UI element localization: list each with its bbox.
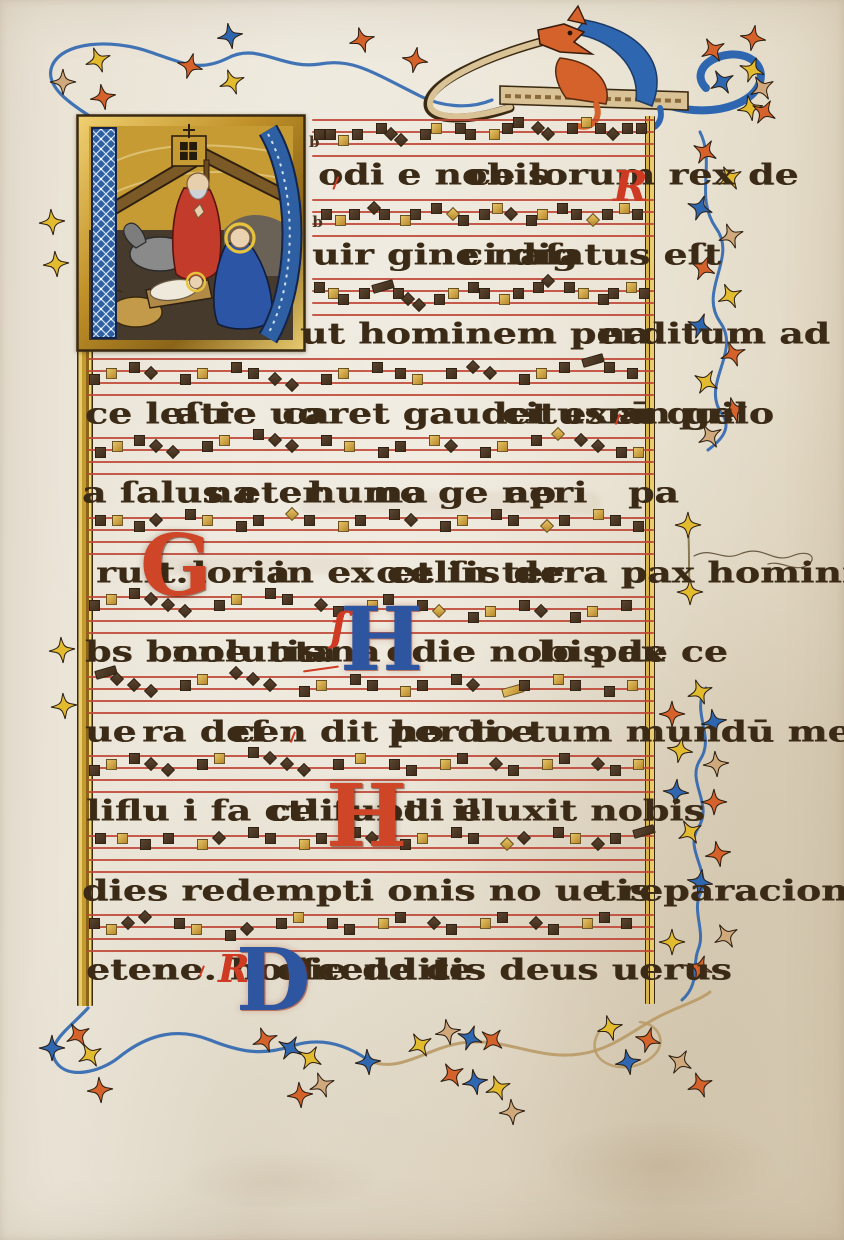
neume [378,447,389,458]
neume [321,374,332,385]
staff-line [88,358,654,360]
neume [519,680,530,691]
penwork-initial-H: H [340,600,423,679]
neume [548,924,559,935]
staff-line [88,437,654,439]
foliate-leaf [86,1076,114,1104]
rubric-mark: ſ [330,604,347,651]
foliate-leaf [305,1068,338,1101]
neume [570,680,581,691]
foliate-leaf [675,512,701,538]
lyric-segment: ap [505,477,556,510]
neume [571,209,582,220]
lyric-segment: natus eſt [532,239,721,272]
neume [95,833,106,844]
neume [338,135,349,146]
staff-line [88,950,654,952]
neume [197,674,208,685]
neume [197,839,208,850]
neume [417,833,428,844]
lyric-segment: per to tum mundū mel [388,716,844,749]
staff-line [88,394,654,396]
neume [293,912,304,923]
neume [621,918,632,929]
neume [610,515,621,526]
neume [253,515,264,526]
neume [542,759,553,770]
foliate-leaf [38,208,66,236]
neume [567,123,578,134]
foliate-leaf [434,1057,470,1093]
neume [519,600,530,611]
neume [144,683,158,697]
neume [174,918,185,929]
neume [191,924,202,935]
neume [616,447,627,458]
parchment-vein [180,1150,380,1210]
dragon-tail [648,54,761,110]
neume [451,827,462,838]
neume [106,368,117,379]
dragon-head [538,24,592,54]
foliate-leaf [735,93,765,123]
neume [570,833,581,844]
neume [144,365,158,379]
neume [587,606,598,617]
neume [491,509,502,520]
staff-line [88,914,654,916]
neume [129,753,140,764]
foliate-leaf [50,692,78,720]
foliate-leaf [738,23,768,53]
neume [582,918,593,929]
foliate-leaf [453,1021,486,1054]
neume [282,594,293,605]
neume [508,515,519,526]
neume [197,759,208,770]
neume [379,209,390,220]
foliate-leaf [215,65,248,98]
foliate-leaf [498,1098,526,1126]
neume [338,294,349,305]
neume [626,282,637,293]
staff-line [88,938,654,940]
neume [468,833,479,844]
neume [479,209,490,220]
neume [599,912,610,923]
neume [457,515,468,526]
neume [457,753,468,764]
foliate-leaf [402,1027,438,1063]
neume [314,282,325,293]
foliate-leaf [702,750,730,778]
lyric-segment: et in terra pax homini [392,557,844,590]
neume [627,680,638,691]
neume [95,447,106,458]
neume [606,126,620,140]
lyric-segment: illuxit nobis [452,795,705,828]
neume [633,759,644,770]
music-staff: b [312,116,654,160]
foliate-leaf [60,1017,96,1053]
neume [559,515,570,526]
bottom-vine-left [53,1008,368,1072]
neume [636,123,647,134]
foliate-leaf [81,43,114,76]
parchment-vein [540,1120,780,1210]
neume [508,765,519,776]
foliate-leaf [613,1047,643,1077]
neume [633,521,644,532]
neume [440,521,451,532]
neume [236,521,247,532]
neume [581,117,592,128]
top-vine [51,44,492,120]
bottom-vine-loop [595,1022,661,1067]
neume [352,129,363,140]
neume [395,912,406,923]
neume [161,762,175,776]
neume [492,203,503,214]
neume [89,765,100,776]
foliate-leaf [39,1035,65,1061]
dragon-neck [428,40,548,118]
neume [448,288,459,299]
neume [489,129,500,140]
staff-line [312,155,654,157]
neume [344,441,355,452]
neume [513,117,524,128]
foliate-leaf [215,21,245,51]
foliate-leaf [744,70,780,106]
neume [214,753,225,764]
neume [429,435,440,446]
dragon-eye [568,31,573,36]
neume [446,924,457,935]
neume [338,521,349,532]
neume [355,753,366,764]
neume [465,129,476,140]
lyric-segment: rū qui [606,398,735,431]
foliate-leaf [400,45,430,75]
neume [559,753,570,764]
chant-text-line: eterne. hodieeſcenditde celis deus uerus [0,955,844,991]
neume [349,209,360,220]
neume [440,759,451,770]
neume [412,374,423,385]
foliate-leaf [474,1022,511,1059]
neume [299,839,310,850]
neume [406,765,417,776]
neume [138,909,152,923]
neume [479,288,490,299]
neume [389,509,400,520]
neume [265,833,276,844]
rubric-mark: R [613,162,648,211]
staff-line [312,143,654,145]
foliate-leaf [659,929,685,955]
foliate-leaf [683,675,716,708]
neume [95,515,106,526]
neume [276,918,287,929]
staff-line [312,314,654,316]
neume [604,362,615,373]
neume [248,747,259,758]
neume [570,612,581,623]
neume [378,918,389,929]
staff-line [312,199,654,201]
foliate-leaf [708,918,744,954]
staff-line [312,223,654,225]
neume [513,288,524,299]
chant-text-line: uera deſcen dit ho di eper to tum mundū … [0,717,844,753]
neume [106,759,117,770]
neume [268,432,282,446]
penwork-initial-G: G [140,528,212,604]
lyric-segment: ue [85,716,137,749]
neume [355,515,366,526]
neume [180,374,191,385]
historiated-initial-H [76,114,306,352]
neume [480,918,491,929]
neume [431,123,442,134]
staff-line [88,382,654,384]
foliate-leaf [346,24,378,56]
neume [231,594,242,605]
neume [112,515,123,526]
lyric-segment: tis [598,875,651,908]
foliate-leaf [688,364,724,400]
neume [212,830,226,844]
dragon-body [500,86,688,110]
neume [335,215,346,226]
lyric-segment: lo pax [538,636,664,669]
neume [180,680,191,691]
foliate-leaf [460,1067,490,1097]
foliate-leaf [704,64,740,100]
staff-line [88,461,654,463]
dragon-chest [556,58,607,104]
neume [553,827,564,838]
neume [434,294,445,305]
penwork-initial-H: H [326,778,407,855]
rubric-mark: R [218,946,250,991]
neume [534,603,548,617]
lyric-segment: na [598,318,650,351]
neume [89,918,100,929]
neume [129,588,140,599]
neume [559,362,570,373]
foliate-leaf [88,82,118,112]
neume [327,918,338,929]
neume [499,294,510,305]
neume [557,203,568,214]
bottom-vine-right [368,992,710,1064]
foliate-leaf [354,1048,382,1076]
neume [517,830,531,844]
lyric-segment: ca [282,398,330,431]
neume [627,368,638,379]
neume [246,671,260,685]
neume [639,288,650,299]
foliate-leaf [713,279,748,314]
neume [497,912,508,923]
foliate-leaf [695,32,731,68]
neume [446,368,457,379]
neume [610,833,621,844]
foliate-leaf [632,1024,664,1056]
foliate-leaf [735,53,768,86]
neume [129,362,140,373]
parchment-leaf: bodi e nobisce lorum rex debuir gine naſ… [0,0,844,1240]
neume [321,435,332,446]
neume [553,674,564,685]
neume [595,123,606,134]
neume [106,924,117,935]
staff-line [88,712,654,714]
neume [531,435,542,446]
lyric-segment: lis deus uerus [436,954,732,987]
neume [610,765,621,776]
neume [106,594,117,605]
neume [633,447,644,458]
neume [214,600,225,611]
foliate-leaf [272,1030,308,1066]
neume [432,603,446,617]
chant-text-line: ut hominem perditum ad regna [0,319,844,355]
foliate-leaf [174,50,206,82]
neume [622,123,633,134]
neume [248,368,259,379]
lyric-segment: pa [628,477,679,510]
neume [372,362,383,373]
neume [593,509,604,520]
music-staff: b [312,196,654,240]
neume [485,606,496,617]
dragon-wing [574,20,657,106]
neume [225,930,236,941]
neume [253,429,264,440]
neume [325,129,336,140]
neume [564,282,575,293]
staff-line [312,278,654,280]
staff-line [312,235,654,237]
neume [134,435,145,446]
lyric-segment: dies redempti onis no ue reparacionis an… [82,875,844,908]
lyric-segment: na [205,477,257,510]
foliate-leaf [662,1044,698,1080]
neume [519,374,530,385]
neume [297,762,311,776]
dragon-ear [568,6,586,24]
chant-text-line: odi e nobisce lorum rex de [0,160,844,196]
neume [117,833,128,844]
neume [338,368,349,379]
chant-text-line: uir gine naſci dignatus eſt [0,240,844,276]
neume [574,432,588,446]
neume [163,833,174,844]
foliate-leaf [433,1017,463,1047]
foliate-leaf [292,1040,328,1076]
staff-line [312,119,654,121]
foliate-leaf [703,839,733,869]
foliate-leaf [481,1071,514,1104]
neume [621,600,632,611]
neume [89,374,100,385]
lyric-segment: ut hominem perditum ad reg [300,318,844,351]
foliate-leaf [72,1037,108,1073]
foliate-leaf [683,1068,716,1101]
music-staff [88,911,654,955]
lyric-segment: a ſalus eter [82,477,322,510]
neume [299,686,310,697]
neume [468,612,479,623]
chant-text-line: a ſalus eternahumano ge neriappa [0,478,844,514]
neume [321,209,332,220]
neume [581,353,605,368]
neume [304,515,315,526]
neume [483,365,497,379]
neume [316,680,327,691]
foliate-leaf [594,1012,626,1044]
neume [410,209,421,220]
neume [536,368,547,379]
neume [316,833,327,844]
neume [537,209,548,220]
neume [166,444,180,458]
foliate-leaf [286,1081,314,1109]
neume [89,600,100,611]
neume [219,435,230,446]
neume [395,368,406,379]
music-staff [88,355,654,399]
foliate-leaf [50,69,76,95]
chant-text-line: ce leſtia re uocaret gaudet exercitus an… [0,399,844,435]
staff-line [88,926,654,928]
music-staff [88,434,654,478]
dragon-illustration [428,6,761,129]
neume [497,441,508,452]
neume [578,288,589,299]
neume [265,588,276,599]
neume [285,377,299,391]
staff-line [88,473,654,475]
neume [140,839,151,850]
neume [197,368,208,379]
neume [202,441,213,452]
neume [248,827,259,838]
neume [431,203,442,214]
neume [359,288,370,299]
chant-text-line: dies redempti onis no ue reparacionis an… [0,876,844,912]
neume [344,924,355,935]
neume [395,441,406,452]
neume [263,750,277,764]
neume [458,215,469,226]
neume [231,362,242,373]
chant-text-line: liflu i fa cti ſuntceli.odi eilluxit nob… [0,796,844,832]
neume [602,209,613,220]
neume [480,447,491,458]
neume [608,288,619,299]
foliate-leaf [746,94,782,130]
neume [112,441,123,452]
music-staff [312,275,654,319]
foliate-leaf [683,191,716,224]
neume [504,206,518,220]
neume [451,674,462,685]
staff-line [88,871,654,873]
